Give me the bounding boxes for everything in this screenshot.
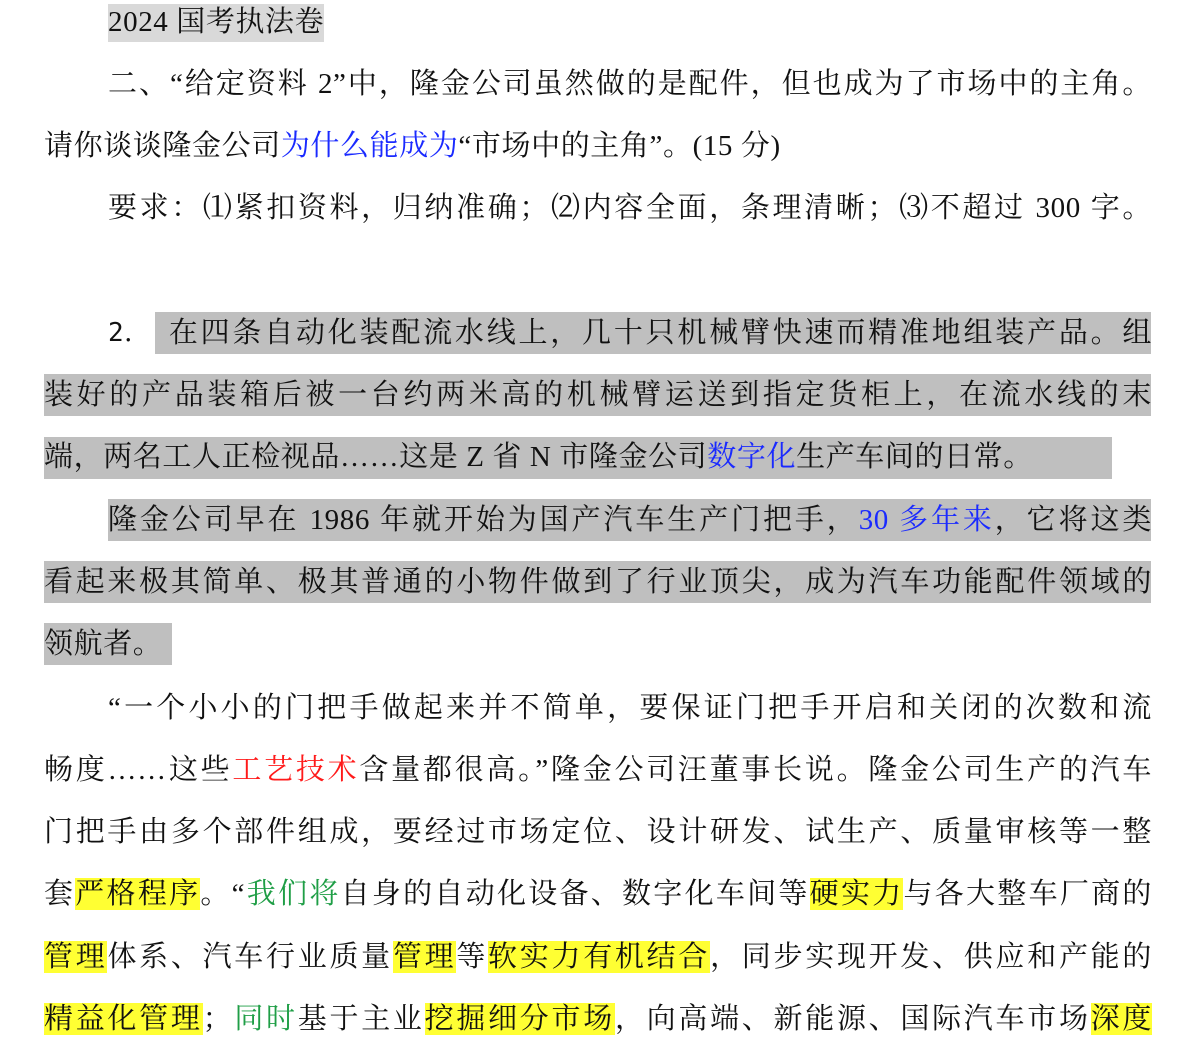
blue-annotation: 数字化 [707, 441, 796, 473]
green-annotation: 我们将 [245, 878, 340, 910]
yellow-highlight: 硬实力 [810, 878, 904, 910]
material-text: 。“ [200, 878, 245, 910]
question-text: 请你谈谈隆金公司 [44, 130, 281, 162]
blue-annotation: 为什么能成为 [281, 130, 459, 162]
material-text: 隆金公司早在 1986 年就开始为国产汽车生产门把手， [108, 504, 859, 536]
material-p3-line-2: 畅度……这些工艺技术含量都很高。”隆金公司汪董事长说。隆金公司生产的汽车 [44, 750, 1152, 790]
question-text: 二、“给定资料 2”中，隆金公司虽然做的是配件，但也成为了市场中的主角。 [108, 68, 1152, 100]
red-annotation: 工艺技术 [232, 754, 359, 786]
material-text: ，同步实现开发、供应和产能的 [710, 941, 1152, 973]
yellow-highlight: 管理 [393, 941, 456, 973]
material-text: 套 [44, 878, 75, 910]
material-text: 体系、汽车行业质量 [107, 941, 392, 973]
material-number: 2． [108, 313, 151, 353]
material-text: 含量都很高。”隆金公司汪董事长说。隆金公司生产的汽车 [359, 754, 1152, 786]
material-text: ； [203, 1003, 233, 1035]
material-p3-line-1: “一个小小的门把手做起来并不简单，要保证门把手开启和关闭的次数和流 [108, 688, 1152, 728]
blue-annotation: 30 多年来 [859, 504, 995, 536]
question-text: “市场中的主角”。(15 分) [458, 130, 780, 162]
yellow-highlight: 深度 [1091, 1003, 1152, 1035]
yellow-highlight: 挖掘细分市场 [425, 1003, 615, 1035]
document-title-line: 2024 国考执法卷 [108, 2, 324, 42]
material-p2-line-2: 看起来极其简单、极其普通的小物件做到了行业顶尖，成为汽车功能配件领域的 [44, 562, 1152, 602]
material-text: 看起来极其简单、极其普通的小物件做到了行业顶尖，成为汽车功能配件领域的 [44, 566, 1152, 598]
material-p2-line-1: 隆金公司早在 1986 年就开始为国产汽车生产门把手，30 多年来，它将这类 [108, 500, 1152, 540]
yellow-highlight: 软实力有机结合 [488, 941, 710, 973]
material-text: 等 [456, 941, 488, 973]
requirements-line: 要求：⑴紧扣资料，归纳准确；⑵内容全面，条理清晰；⑶不超过 300 字。 [108, 188, 1152, 228]
material-text: 基于主业 [298, 1003, 425, 1035]
question-line-1: 二、“给定资料 2”中，隆金公司虽然做的是配件，但也成为了市场中的主角。 [108, 64, 1152, 104]
material-p3-line-6: 精益化管理；同时基于主业挖掘细分市场，向高端、新能源、国际汽车市场深度 [44, 999, 1152, 1039]
material-text: 在四条自动化装配流水线上，几十只机械臂快速而精准地组装产品。组 [169, 313, 1152, 353]
material-text: 装好的产品装箱后被一台约两米高的机械臂运送到指定货柜上，在流水线的末 [44, 379, 1152, 411]
material-p1-line-1: 2． 在四条自动化装配流水线上，几十只机械臂快速而精准地组装产品。组 [108, 313, 1152, 353]
question-line-2: 请你谈谈隆金公司为什么能成为“市场中的主角”。(15 分) [44, 126, 1152, 166]
yellow-highlight: 管理 [44, 941, 107, 973]
material-text: 门把手由多个部件组成，要经过市场定位、设计研发、试生产、质量审核等一整 [44, 816, 1152, 848]
material-text: ，它将这类 [995, 504, 1152, 536]
material-text: 生产车间的日常。 [796, 441, 1033, 473]
material-text: 端，两名工人正检视品……这是 Z 省 N 市隆金公司 [44, 441, 707, 473]
yellow-highlight: 精益化管理 [44, 1003, 203, 1035]
material-p2-line-3: 领航者。 [44, 624, 1152, 664]
material-p1-line-2: 装好的产品装箱后被一台约两米高的机械臂运送到指定货柜上，在流水线的末 [44, 375, 1152, 415]
material-p1-line-3: 端，两名工人正检视品……这是 Z 省 N 市隆金公司数字化生产车间的日常。 [44, 437, 1152, 477]
material-p3-line-4: 套严格程序。“我们将自身的自动化设备、数字化车间等硬实力与各大整车厂商的 [44, 874, 1152, 914]
material-p3-line-3: 门把手由多个部件组成，要经过市场定位、设计研发、试生产、质量审核等一整 [44, 812, 1152, 852]
material-text: ，向高端、新能源、国际汽车市场 [615, 1003, 1091, 1035]
material-text: “一个小小的门把手做起来并不简单，要保证门把手开启和关闭的次数和流 [108, 692, 1152, 724]
material-p3-line-5: 管理体系、汽车行业质量管理等软实力有机结合，同步实现开发、供应和产能的 [44, 937, 1152, 977]
material-text: 畅度……这些 [44, 754, 232, 786]
material-text: 领航者。 [44, 628, 162, 660]
document-title: 2024 国考执法卷 [108, 4, 324, 42]
green-annotation: 同时 [232, 1003, 298, 1035]
material-text: 自身的自动化设备、数字化车间等 [341, 878, 810, 910]
requirements-text: 要求：⑴紧扣资料，归纳准确；⑵内容全面，条理清晰；⑶不超过 300 字。 [108, 192, 1152, 224]
material-text: 与各大整车厂商的 [903, 878, 1152, 910]
yellow-highlight: 严格程序 [75, 878, 200, 910]
